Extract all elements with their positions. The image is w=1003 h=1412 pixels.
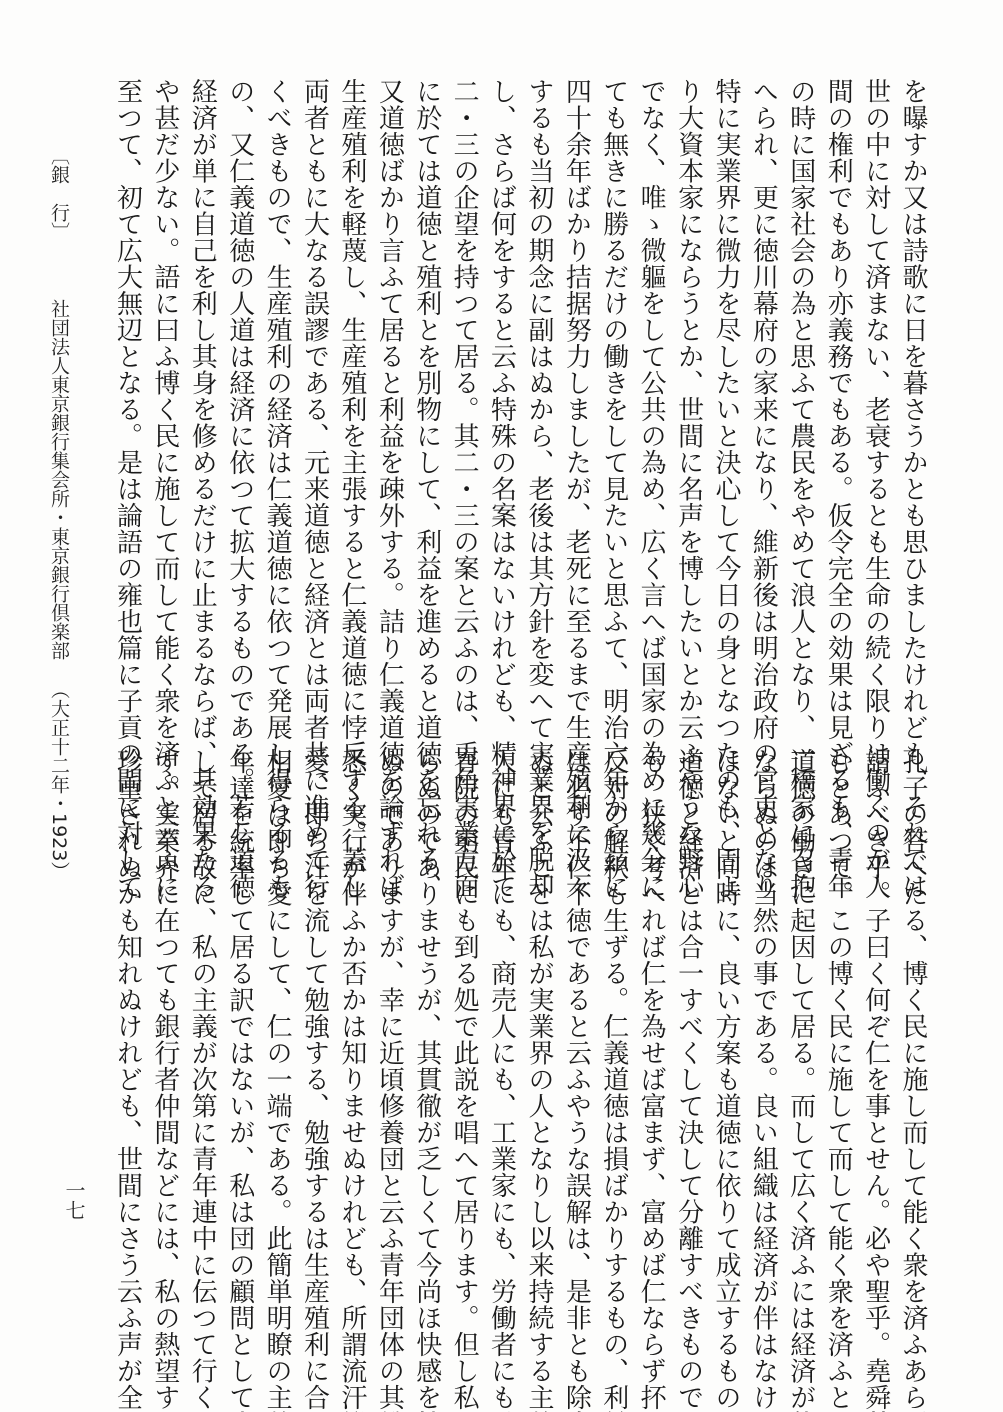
text-column: や甚だ少ない。語に曰ふ博く民に施して而して能く衆を済ふと云ふに [145, 78, 182, 678]
text-column: 謂ふべき乎。子曰く何ぞ仁を事とせん。必や聖乎。堯舜其れ猶諸を病 [856, 748, 893, 1348]
text-column: 特に実業界に微力を尽したいと決心して今日の身となつたのも、固よ [707, 78, 744, 678]
header-era: （大正十二年・ [48, 680, 70, 813]
text-column: を曝すか又は詩歌に日を暮さうかとも思ひましたけれども、それでは [894, 78, 931, 678]
text-column: 生産殖利を軽蔑し、生産殖利を主張すると仁義道徳に悖反する。蓋し [333, 78, 370, 678]
text-column: むとあつて。この博く民に施して而して能く衆を済ふと云ふことが、 [819, 748, 856, 1348]
text-column: 四十余年ばかり拮据努力しましたが、老死に至るまで生産殖利に汲々 [557, 78, 594, 678]
upper-text-block: を曝すか又は詩歌に日を暮さうかとも思ひましたけれども、それでは 世の中に対して済… [81, 78, 931, 678]
text-column: 経済が単に自己を利し其身を修めるだけに止まるならば、其効果たる [183, 78, 220, 678]
header-era-close: ） [48, 861, 70, 880]
lower-text-block: 孔子の答へたる、博く民に施し而して能く衆を済ふあらば如何。仁と 謂ふべき乎。子曰… [81, 748, 931, 1348]
text-column: らぬのでありませうが、其貫徹が乏しくて今尚ほ快感を持つとは言へ [407, 748, 444, 1348]
text-column: 孔子の答へたる、博く民に施し而して能く衆を済ふあらば如何。仁と [894, 748, 931, 1348]
text-column: 間の権利でもあり亦義務でもある。仮令完全の効果は見ざるも、青年 [819, 78, 856, 678]
text-column: の、又仁義道徳の人道は経済に依つて拡大するものである。若し道徳 [220, 78, 257, 678]
text-column: ぬのでありますが、幸に近頃修養団と云ふ青年団体の其総ての人々が [370, 748, 407, 1348]
text-column: の時に国家社会の為と思ふて農民をやめて浪人となり、一橋家に召抱 [781, 78, 818, 678]
text-column: に於ては道徳と殖利とを別物にして、利益を進めると道徳を忘れる、 [407, 78, 444, 678]
text-column: 至つて、初て広大無辺となる。是は論語の雍也篇に子貢の問に対して [108, 78, 145, 678]
text-column: 又道徳ばかり言ふて居ると利益を疎外する。詰り仁義道徳を論ずれば [370, 78, 407, 678]
text-column: 相愛は即ち愛にして、仁の一端である。此簡単明瞭の主義を奉ずる青 [258, 748, 295, 1348]
text-column: 育院の窮民にも到る処で此説を唱へて居ります。但し私の唱へ方の足 [445, 748, 482, 1348]
text-column: 反対の解釈も生ずる。仁義道徳は損ばかりするもの、利益を得るもの [594, 748, 631, 1348]
text-column: は必ず不仁不徳であると云ふやうな誤解は、是非とも除去せねばなら [557, 748, 594, 1348]
text-column: 両者ともに大なる誤謬である、元来道徳と経済とは両者共に進めて行 [295, 78, 332, 678]
text-column: 年達を統率して居る訳ではないが、私は団の顧問として十数年来助力 [220, 748, 257, 1348]
text-column: して居る故に、私の主義が次第に青年連中に伝つて行くやうでありま [183, 748, 220, 1348]
header-category: 〔銀 行〕 [48, 146, 70, 241]
header-year: 1923 [48, 813, 70, 861]
text-column: ならぬのは当然の事である。良い組織は経済が伴はなければ出来る訳 [744, 748, 781, 1348]
text-column: 道徳の働きに起因して居る。而して広く済ふには経済が伴はなければ [781, 748, 818, 1348]
text-column: 道徳と経済とは合一すべくして決して分離すべきものでは無いけれど [669, 748, 706, 1348]
text-column: 珍重されぬかも知れぬけれども、世間にさう云ふ声が全く閉塞して居 [108, 748, 145, 1348]
text-column: くべきもので、生産殖利の経済は仁義道徳に依つて発展し得らるるも [258, 78, 295, 678]
text-column: はないと同時に、良い方案も道徳に依りて成立するものである。故に [707, 748, 744, 1348]
text-column: でなく、唯ゝ微軀をして公共の為め、広く言へば国家の為めに幾分に [632, 78, 669, 678]
text-column: ても無きに勝るだけの働きをして見たいと思ふて、明治六年から玆に [594, 78, 631, 678]
text-column: 二・三の企望を持つて居る。其二・三の案と云ふのは、兎角実業方面 [445, 78, 482, 678]
page-number: 一七 [60, 1180, 89, 1220]
text-column: す。実業界に在つても銀行者仲間などには、私の熱望するほど左様に [145, 748, 182, 1348]
text-column: も、狭く考へれば仁を為せば富まず、富めば仁ならず抔と云ふやうな [632, 748, 669, 1348]
text-column: 悉く実行が伴ふか否かは知りませぬけれども、所謂流汗鍛錬、同胞相 [333, 748, 370, 1348]
text-column: 世の中に対して済まない、老衰するとも生命の続く限りは働くのが人 [856, 78, 893, 678]
header-organization: 社団法人東京銀行集会所・東京銀行倶楽部 [48, 299, 70, 660]
text-column: 人にも青年にも、商売人にも、工業家にも、労働者にも、甚しきは養 [482, 748, 519, 1348]
text-column: し、さらば何をすると云ふ特殊の名案はないけれども、精神界に於て [482, 78, 519, 678]
text-column: り大資本家にならうとか、世間に名声を博したいとか云ふやうな野心 [669, 78, 706, 678]
text-column: ぬと云ふことは私が実業界の人となりし以来持続する主義にして、老 [520, 748, 557, 1348]
text-column: へられ、更に徳川幕府の家来になり、維新後は明治政府の官吏となり [744, 78, 781, 678]
text-column: 愛、即ち汗を流して勉強する、勉強するは生産殖利に合する。又同胞 [295, 748, 332, 1348]
text-column: するも当初の期念に副はぬから、老後は其方針を変へて実業界を脱却 [520, 78, 557, 678]
running-header: 〔銀 行〕社団法人東京銀行集会所・東京銀行倶楽部（大正十二年・1923） [46, 146, 73, 880]
